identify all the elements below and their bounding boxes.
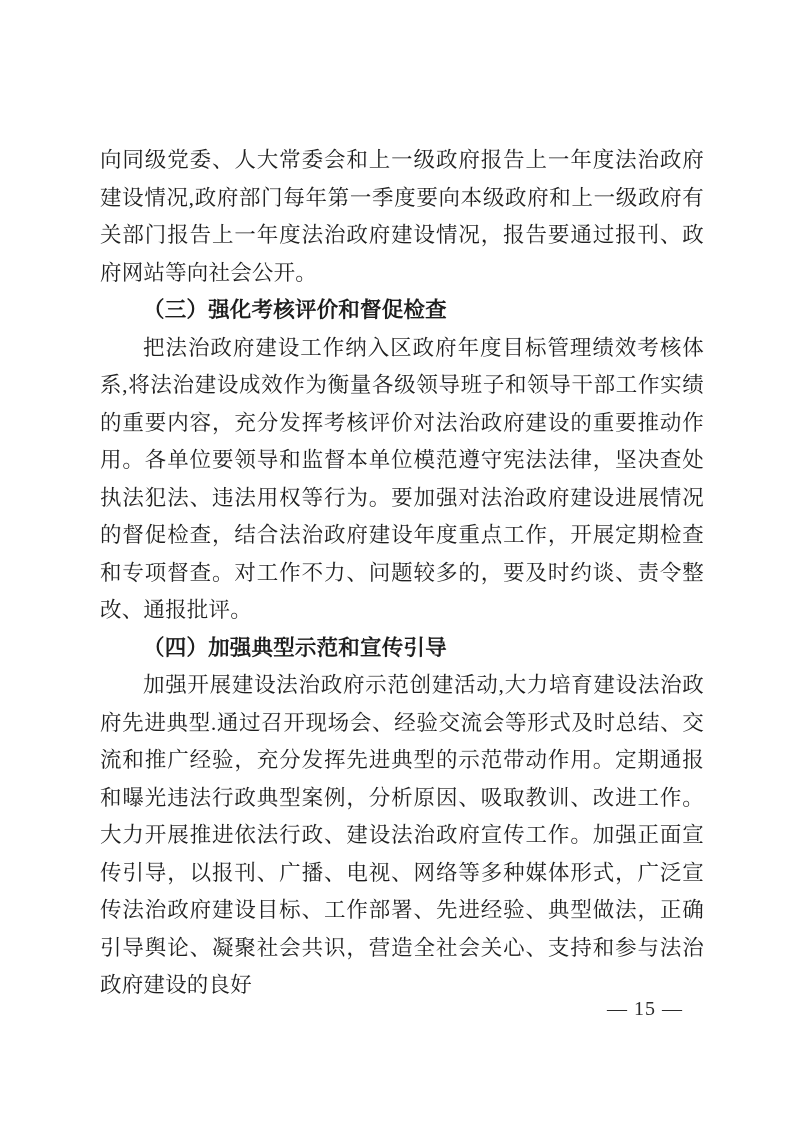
document-page: 向同级党委、人大常委会和上一级政府报告上一年度法治政府建设情况,政府部门每年第一… <box>0 0 793 1122</box>
section-body-3: 把法治政府建设工作纳入区政府年度目标管理绩效考核体系,将法治建设成效作为衡量各级… <box>100 330 704 630</box>
section-body-4: 加强开展建设法治政府示范创建活动,大力培育建设法治政府先进典型.通过召开现场会、… <box>100 667 704 1005</box>
section-heading-3: （三）强化考核评价和督促检查 <box>100 292 704 330</box>
page-number: — 15 — <box>585 995 705 1023</box>
paragraph-continuation: 向同级党委、人大常委会和上一级政府报告上一年度法治政府建设情况,政府部门每年第一… <box>100 142 704 292</box>
document-body: 向同级党委、人大常委会和上一级政府报告上一年度法治政府建设情况,政府部门每年第一… <box>100 142 704 1005</box>
section-heading-4: （四）加强典型示范和宣传引导 <box>100 630 704 668</box>
